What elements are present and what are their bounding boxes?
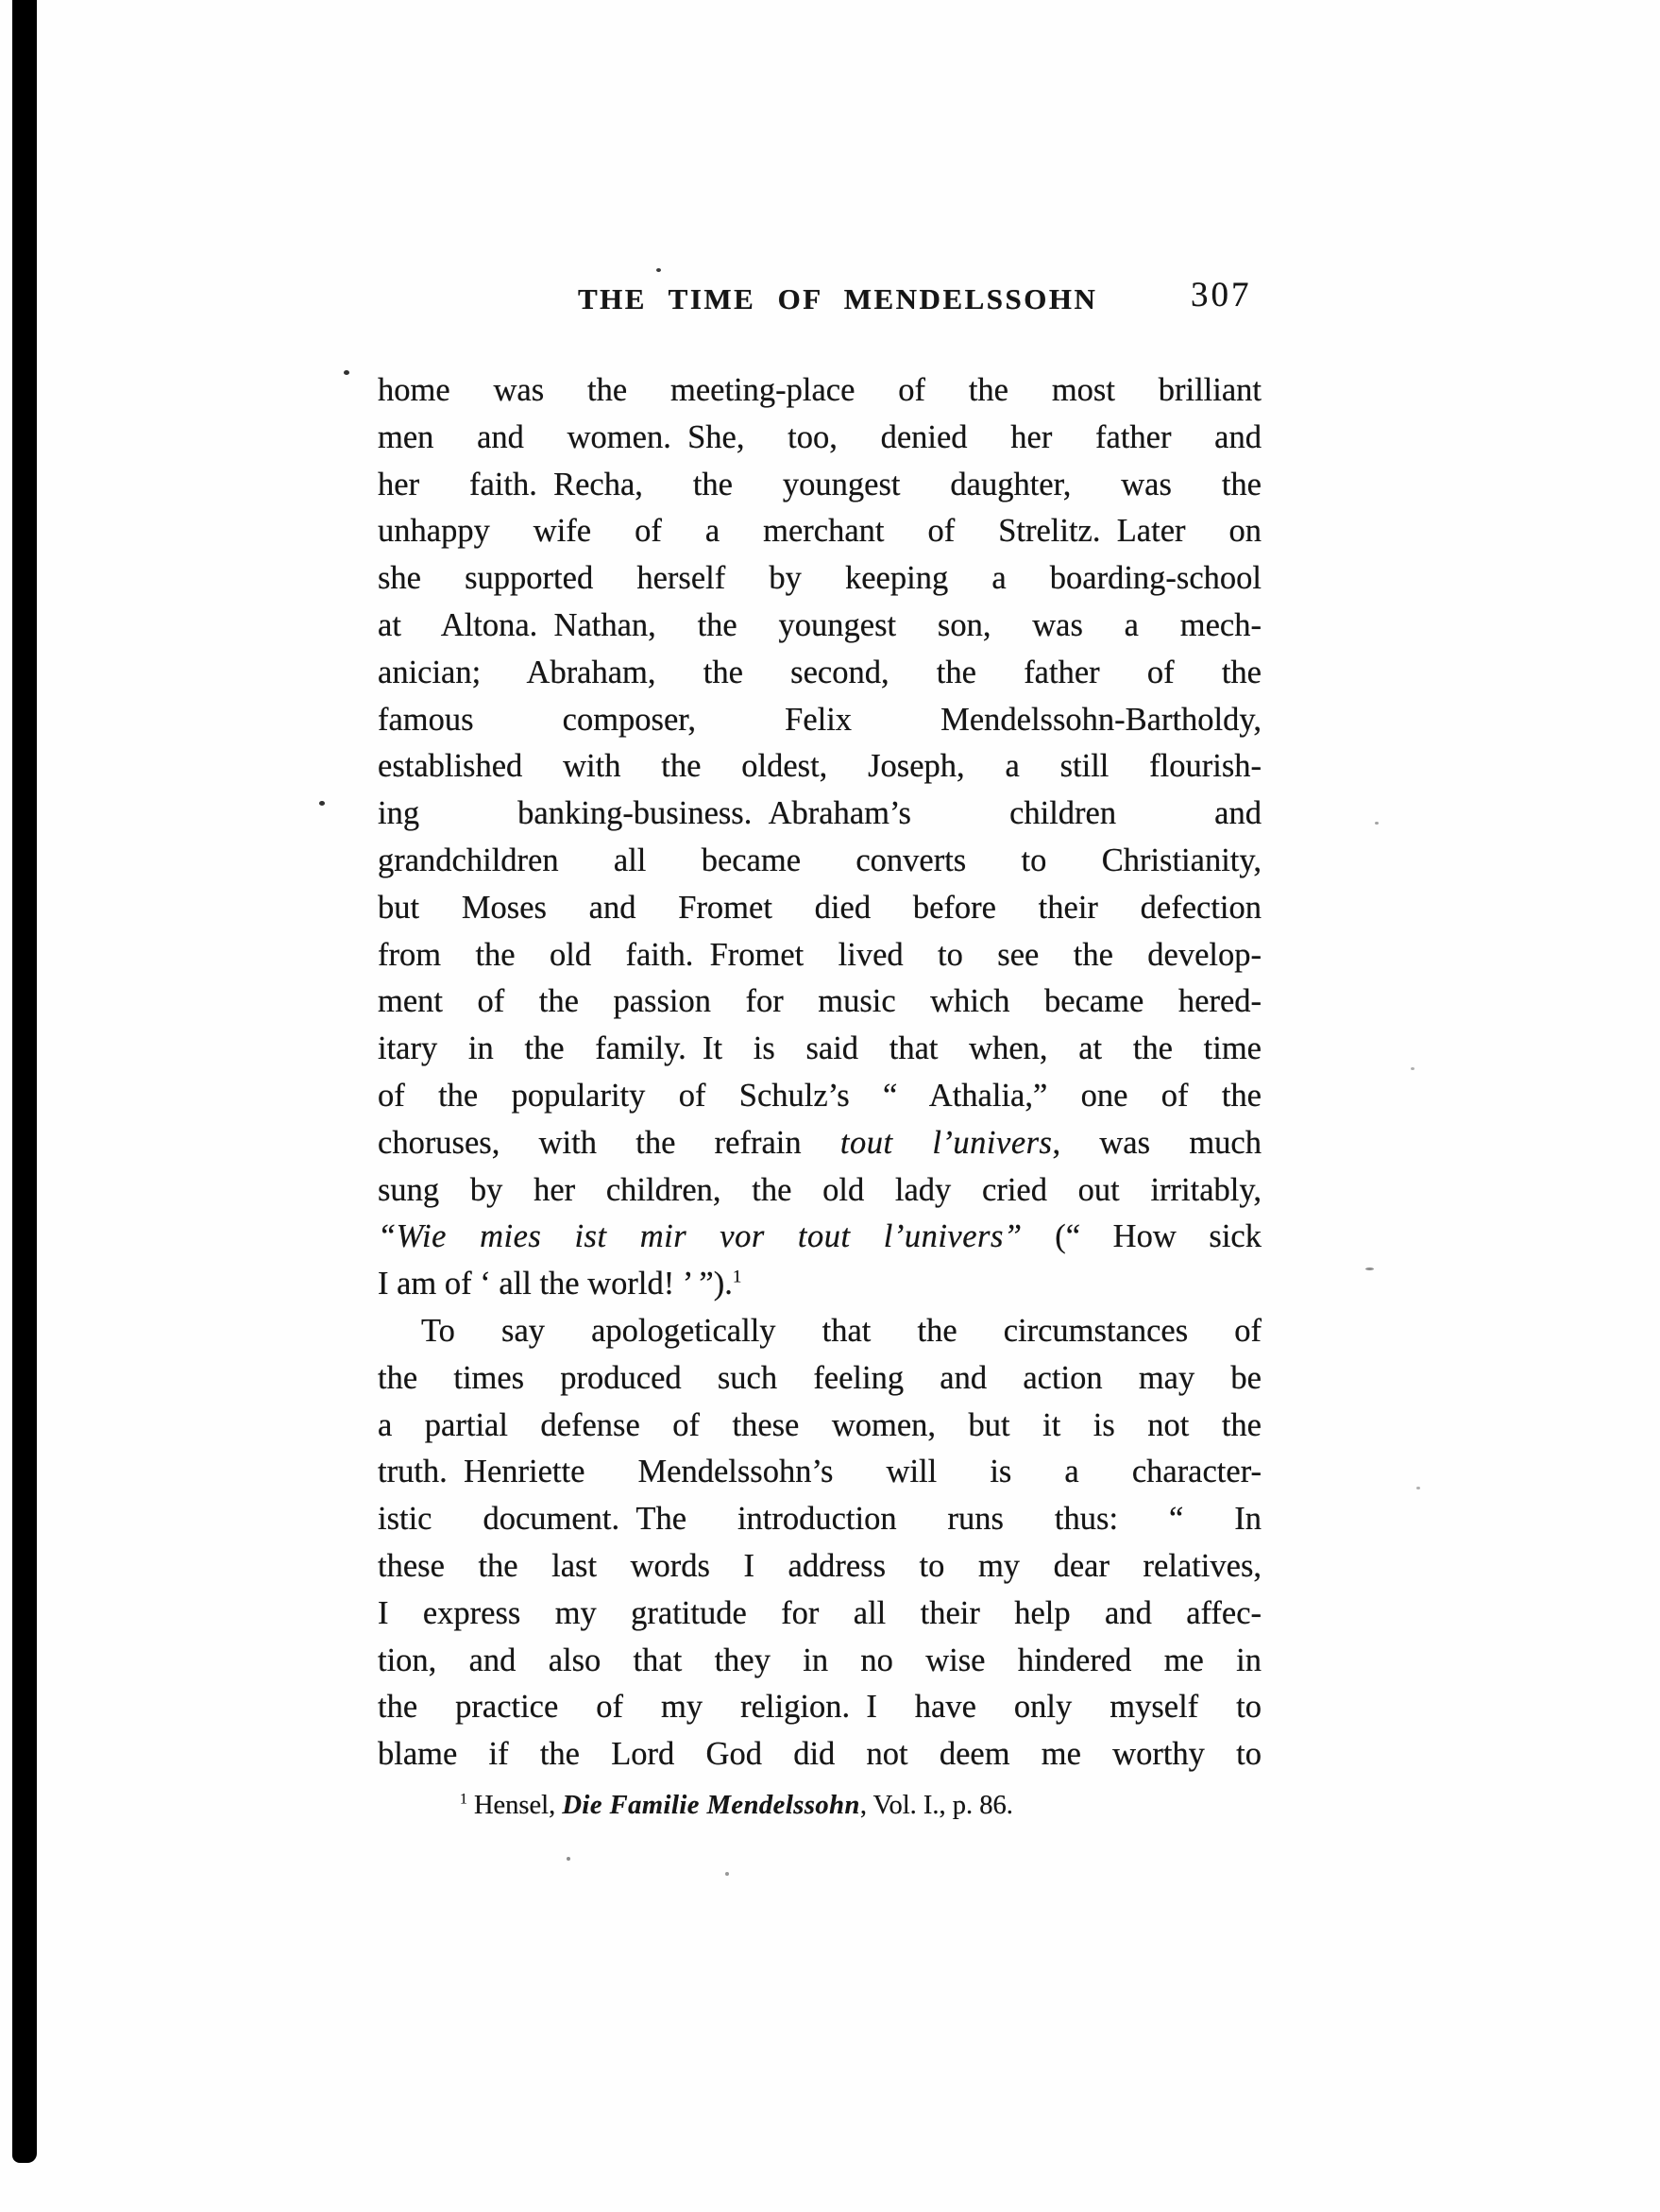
- text-run: istic document. The introduction runs th…: [378, 1501, 1262, 1537]
- scan-speck: [567, 1857, 570, 1861]
- text-run: these the last words I address to my dea…: [378, 1548, 1262, 1584]
- scan-speck: [319, 801, 325, 806]
- text-run: To say apologetically that the circumsta…: [421, 1313, 1262, 1349]
- text-run: but Moses and Fromet died before their d…: [378, 890, 1262, 926]
- text-run: unhappy wife of a merchant of Strelitz. …: [378, 513, 1262, 549]
- text-run: sung by her children, the old lady cried…: [378, 1172, 1262, 1208]
- footnote: 1 Hensel, Die Familie Mendelssohn, Vol. …: [460, 1791, 1013, 1821]
- scan-gutter-shadow: [12, 0, 37, 2163]
- body-line: unhappy wife of a merchant of Strelitz. …: [378, 508, 1262, 555]
- body-line: ment of the passion for music which beca…: [378, 978, 1262, 1026]
- text-run: a partial defense of these women, but it…: [378, 1407, 1262, 1443]
- body-line: the times produced such feeling and acti…: [378, 1355, 1262, 1403]
- body-line: these the last words I address to my dea…: [378, 1543, 1262, 1591]
- italic-phrase: “Wie mies ist mir vor tout l’univers”: [378, 1218, 1023, 1254]
- body-line: men and women. She, too, denied her fath…: [378, 415, 1262, 462]
- scan-speck: [656, 268, 661, 272]
- body-line: ing banking-business. Abraham’s children…: [378, 791, 1262, 838]
- text-run: men and women. She, too, denied her fath…: [378, 419, 1262, 455]
- text-run: Hensel,: [467, 1791, 563, 1820]
- book-page: THE TIME OF MENDELSSOHN 307 home was the…: [0, 0, 1660, 2212]
- body-line: istic document. The introduction runs th…: [378, 1496, 1262, 1543]
- page-number: 307: [1191, 275, 1252, 315]
- italic-phrase: Die Familie Mendelssohn: [562, 1791, 860, 1820]
- body-line: I express my gratitude for all their hel…: [378, 1591, 1262, 1638]
- body-line: she supported herself by keeping a board…: [378, 555, 1262, 603]
- scan-speck: [1375, 822, 1379, 825]
- text-run: blame if the Lord God did not deem me wo…: [378, 1736, 1262, 1772]
- scan-speck: [1416, 1487, 1420, 1489]
- body-line: her faith. Recha, the youngest daughter,…: [378, 462, 1262, 509]
- text-run: , was much: [1052, 1125, 1262, 1161]
- text-run: anician; Abraham, the second, the father…: [378, 655, 1262, 690]
- body-line: “Wie mies ist mir vor tout l’univers” (“…: [378, 1214, 1262, 1261]
- body-line: home was the meeting-place of the most b…: [378, 367, 1262, 415]
- body-line: established with the oldest, Joseph, a s…: [378, 743, 1262, 791]
- text-run: from the old faith. Fromet lived to see …: [378, 937, 1262, 973]
- body-line: the practice of my religion. I have only…: [378, 1684, 1262, 1731]
- text-run: itary in the family. It is said that whe…: [378, 1030, 1262, 1066]
- text-run: the practice of my religion. I have only…: [378, 1689, 1262, 1725]
- body-line: at Altona. Nathan, the youngest son, was…: [378, 603, 1262, 650]
- text-run: , Vol. I., p. 86.: [860, 1791, 1013, 1820]
- body-line: truth. Henriette Mendelssohn’s will is a…: [378, 1449, 1262, 1496]
- body-line: from the old faith. Fromet lived to see …: [378, 932, 1262, 979]
- body-line: I am of ‘ all the world! ’ ”).1: [378, 1261, 1262, 1308]
- body-line: of the popularity of Schulz’s “ Athalia,…: [378, 1073, 1262, 1120]
- text-run: tion, and also that they in no wise hind…: [378, 1642, 1262, 1678]
- text-run: ment of the passion for music which beca…: [378, 983, 1262, 1019]
- text-run: truth. Henriette Mendelssohn’s will is a…: [378, 1454, 1262, 1489]
- footnote-reference: 1: [733, 1268, 741, 1287]
- italic-phrase: tout l’univers: [840, 1125, 1053, 1161]
- scan-speck: [1365, 1268, 1374, 1270]
- body-line: blame if the Lord God did not deem me wo…: [378, 1731, 1262, 1778]
- text-run: home was the meeting-place of the most b…: [378, 372, 1262, 408]
- text-run: I am of ‘ all the world! ’ ”).: [378, 1266, 733, 1302]
- footnote-reference: 1: [460, 1792, 467, 1808]
- scan-speck: [725, 1872, 729, 1876]
- body-line: anician; Abraham, the second, the father…: [378, 650, 1262, 697]
- text-run: (“ How sick: [1023, 1218, 1262, 1254]
- text-run: established with the oldest, Joseph, a s…: [378, 748, 1262, 784]
- body-line: sung by her children, the old lady cried…: [378, 1167, 1262, 1215]
- body-line: but Moses and Fromet died before their d…: [378, 885, 1262, 932]
- body-text-block: home was the meeting-place of the most b…: [378, 367, 1262, 1778]
- text-run: at Altona. Nathan, the youngest son, was…: [378, 607, 1262, 643]
- body-line: tion, and also that they in no wise hind…: [378, 1638, 1262, 1685]
- text-run: the times produced such feeling and acti…: [378, 1360, 1262, 1396]
- body-line: choruses, with the refrain tout l’univer…: [378, 1120, 1262, 1167]
- text-run: I express my gratitude for all their hel…: [378, 1595, 1262, 1631]
- body-line: itary in the family. It is said that whe…: [378, 1026, 1262, 1073]
- body-line: To say apologetically that the circumsta…: [378, 1308, 1262, 1355]
- text-run: choruses, with the refrain: [378, 1125, 840, 1161]
- text-run: ing banking-business. Abraham’s children…: [378, 795, 1262, 831]
- scan-speck: [1411, 1067, 1414, 1070]
- text-run: she supported herself by keeping a board…: [378, 560, 1262, 596]
- body-line: grandchildren all became converts to Chr…: [378, 838, 1262, 885]
- text-run: of the popularity of Schulz’s “ Athalia,…: [378, 1078, 1262, 1114]
- running-header-title: THE TIME OF MENDELSSOHN: [578, 282, 1097, 316]
- body-line: a partial defense of these women, but it…: [378, 1403, 1262, 1450]
- body-line: famous composer, Felix Mendelssohn-Barth…: [378, 697, 1262, 744]
- text-run: grandchildren all became converts to Chr…: [378, 842, 1262, 878]
- scan-speck: [344, 370, 349, 375]
- text-run: her faith. Recha, the youngest daughter,…: [378, 467, 1262, 502]
- text-run: famous composer, Felix Mendelssohn-Barth…: [378, 702, 1262, 738]
